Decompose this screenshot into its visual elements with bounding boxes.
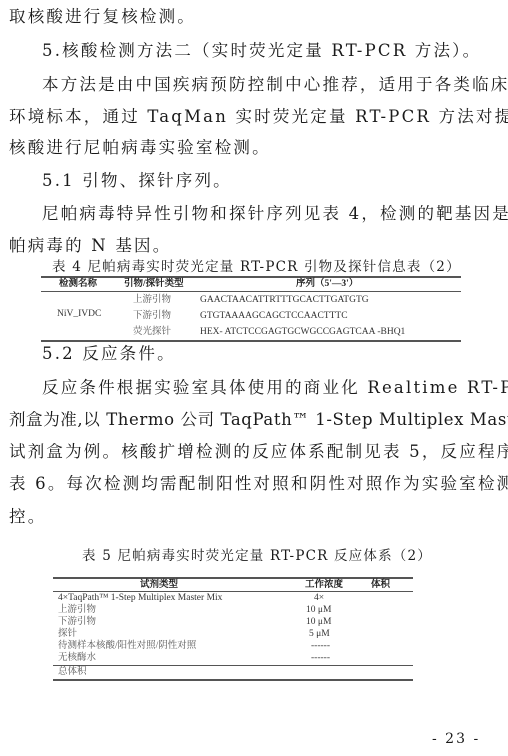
paragraph-line: 本方法是由中国疾病预防控制中心推荐，适用于各类临床和 bbox=[42, 75, 508, 95]
table4-sequence: GAACTAACATTRTTTGCACTTGATGTG bbox=[200, 294, 369, 306]
paragraph-line: 试剂盒为例。核酸扩增检测的反应体系配制见表 5，反应程序见 bbox=[9, 442, 508, 462]
section-heading-5-2: 5.2 反应条件。 bbox=[42, 344, 176, 364]
table5-header-volume: 体积 bbox=[371, 579, 390, 591]
table5-concentration: 5 μM bbox=[309, 628, 330, 640]
table5-reagent: 无核酶水 bbox=[58, 652, 96, 664]
table5-total-label: 总体积 bbox=[58, 666, 87, 678]
table5-concentration: 4× bbox=[314, 592, 324, 604]
paragraph-line: 尼帕病毒特异性引物和探针序列见表 4，检测的靶基因是尼 bbox=[42, 204, 508, 224]
paragraph-line: 表 6。每次检测均需配制阳性对照和阴性对照作为实验室检测质 bbox=[9, 474, 508, 494]
table4-type: 下游引物 bbox=[133, 310, 171, 322]
table5-concentration: ------ bbox=[311, 640, 330, 652]
table4-bottom-rule bbox=[41, 340, 461, 342]
page-number: - 23 - bbox=[432, 731, 480, 747]
table4-header-rule bbox=[41, 291, 461, 292]
paragraph-line: 控。 bbox=[9, 507, 46, 527]
table4-sequence: GTGTAAAAGCAGCTCCAACTTTC bbox=[200, 310, 348, 322]
table5-header-concentration: 工作浓度 bbox=[305, 579, 343, 591]
table4-caption: 表 4 尼帕病毒实时荧光定量 RT-PCR 引物及探针信息表（2） bbox=[52, 259, 461, 275]
table4-sequence: HEX- ATCTCCGAGTGCWGCCGAGTCAA -BHQ1 bbox=[200, 326, 405, 338]
table5-bottom-rule bbox=[53, 679, 413, 681]
paragraph-line: 帕病毒的 N 基因。 bbox=[9, 236, 171, 256]
table5-reagent: 待测样本核酸/阳性对照/阴性对照 bbox=[58, 640, 196, 652]
table4-type: 上游引物 bbox=[133, 294, 171, 306]
section-heading-5-1: 5.1 引物、探针序列。 bbox=[42, 171, 232, 191]
table4-header-sequence: 序列（5'—3'） bbox=[296, 278, 358, 290]
paragraph-line: 核酸进行尼帕病毒实验室检测。 bbox=[9, 138, 271, 158]
paragraph-line: 反应条件根据实验室具体使用的商业化 Realtime RT-PCR 试 bbox=[42, 378, 508, 398]
table4-assay-name: NiV_IVDC bbox=[57, 308, 101, 320]
table4-top-rule bbox=[41, 276, 461, 278]
paragraph-line: 剂盒为准,以 Thermo 公司 TaqPath™ 1-Step Multipl… bbox=[9, 410, 508, 430]
table5-concentration: 10 μM bbox=[306, 616, 331, 628]
table5-concentration: 10 μM bbox=[306, 604, 331, 616]
table5-concentration: ------ bbox=[311, 652, 330, 664]
table4-header-name: 检测名称 bbox=[59, 278, 97, 290]
table5-caption: 表 5 尼帕病毒实时荧光定量 RT-PCR 反应体系（2） bbox=[82, 548, 432, 564]
paragraph-line: 环境标本，通过 TaqMan 实时荧光定量 RT-PCR 方法对提取的标本 bbox=[9, 107, 508, 127]
table5-top-rule bbox=[53, 577, 413, 579]
paragraph-line: 取核酸进行复核检测。 bbox=[9, 7, 196, 27]
table5-reagent: 上游引物 bbox=[58, 604, 96, 616]
table5-total-rule bbox=[53, 665, 413, 666]
table5-header-reagent: 试剂类型 bbox=[140, 579, 178, 591]
table5-reagent: 探针 bbox=[58, 628, 77, 640]
table5-reagent: 4×TaqPath™ 1-Step Multiplex Master Mix bbox=[58, 592, 222, 604]
table4-type: 荧光探针 bbox=[133, 326, 171, 338]
table5-reagent: 下游引物 bbox=[58, 616, 96, 628]
section-heading-5: 5.核酸检测方法二（实时荧光定量 RT-PCR 方法）。 bbox=[42, 41, 481, 61]
table4-header-type: 引物/探针类型 bbox=[124, 278, 184, 290]
